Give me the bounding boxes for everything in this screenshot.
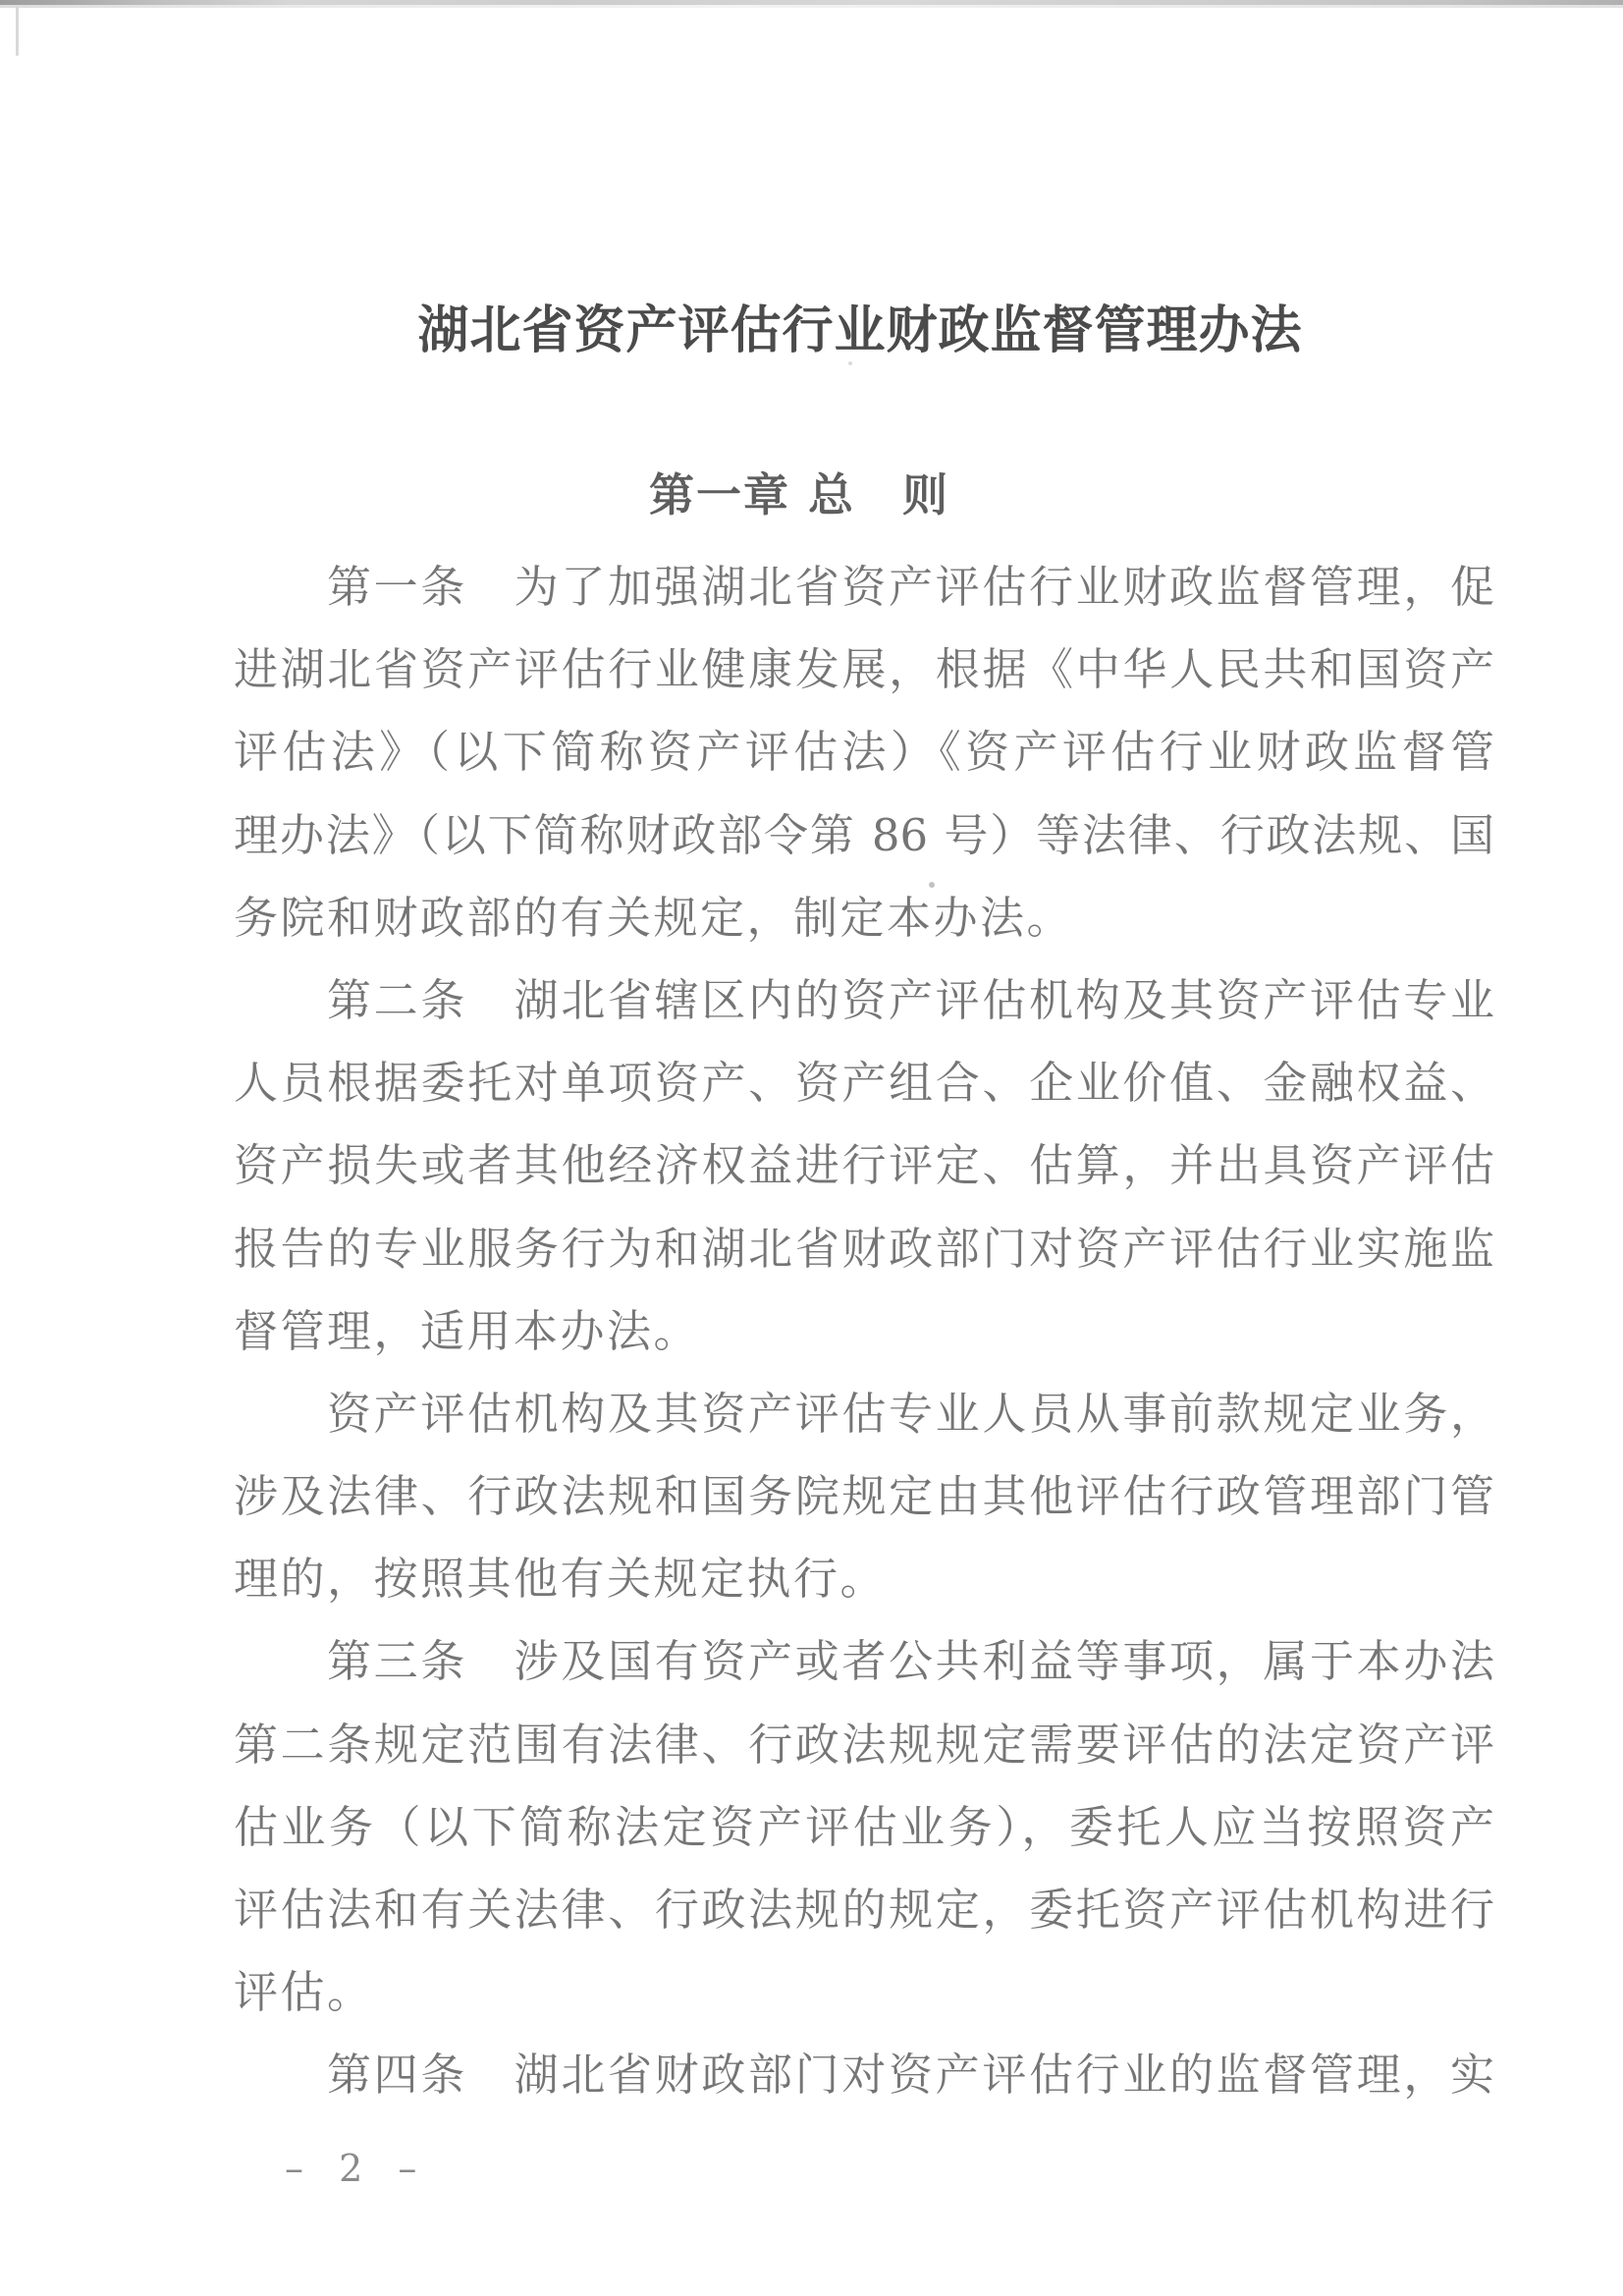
body-line: 第二条规定范围有法律、行政法规规定需要评估的法定资产评 <box>234 1704 1494 1786</box>
body-line: 理的，按照其他有关规定执行。 <box>234 1538 1494 1620</box>
body-line: 理办法》（以下简称财政部令第 86 号）等法律、行政法规、国 <box>234 794 1494 877</box>
body-line: 第四条 湖北省财政部门对资产评估行业的监督管理，实 <box>234 2034 1494 2116</box>
page-number: – 2 – <box>285 2147 428 2190</box>
document-title: 湖北省资产评估行业财政监督管理办法 <box>417 289 1302 362</box>
chapter-heading: 第一章 总 则 <box>649 460 949 524</box>
body-line: 人员根据委托对单项资产、资产组合、企业价值、金融权益、 <box>234 1042 1494 1124</box>
scanned-document-page: 湖北省资产评估行业财政监督管理办法 第一章 总 则 第一条 为了加强湖北省资产评… <box>0 0 1623 2296</box>
body-text: 第一条 为了加强湖北省资产评估行业财政监督管理，促进湖北省资产评估行业健康发展，… <box>234 546 1494 2117</box>
scan-left-edge-artifact <box>16 7 19 56</box>
body-line: 估业务（以下简称法定资产评估业务），委托人应当按照资产 <box>234 1786 1494 1869</box>
body-line: 评估法和有关法律、行政法规的规定，委托资产评估机构进行 <box>234 1869 1494 1951</box>
body-line: 评估法》（以下简称资产评估法）《资产评估行业财政监督管 <box>234 711 1494 793</box>
body-line: 第二条 湖北省辖区内的资产评估机构及其资产评估专业 <box>234 959 1494 1042</box>
body-line: 第一条 为了加强湖北省资产评估行业财政监督管理，促 <box>234 546 1494 629</box>
body-line: 进湖北省资产评估行业健康发展，根据《中华人民共和国资产 <box>234 629 1494 711</box>
body-line: 第三条 涉及国有资产或者公共利益等事项，属于本办法 <box>234 1620 1494 1703</box>
scan-top-edge-artifact-light <box>0 5 1623 8</box>
body-line: 涉及法律、行政法规和国务院规定由其他评估行政管理部门管 <box>234 1455 1494 1538</box>
body-line: 资产评估机构及其资产评估专业人员从事前款规定业务， <box>234 1373 1494 1455</box>
body-line: 资产损失或者其他经济权益进行评定、估算，并出具资产评估 <box>234 1124 1494 1207</box>
body-line: 务院和财政部的有关规定，制定本办法。 <box>234 877 1494 959</box>
body-line: 督管理，适用本办法。 <box>234 1290 1494 1373</box>
body-line: 评估。 <box>234 1951 1494 2034</box>
body-line: 报告的专业服务行为和湖北省财政部门对资产评估行业实施监 <box>234 1208 1494 1290</box>
